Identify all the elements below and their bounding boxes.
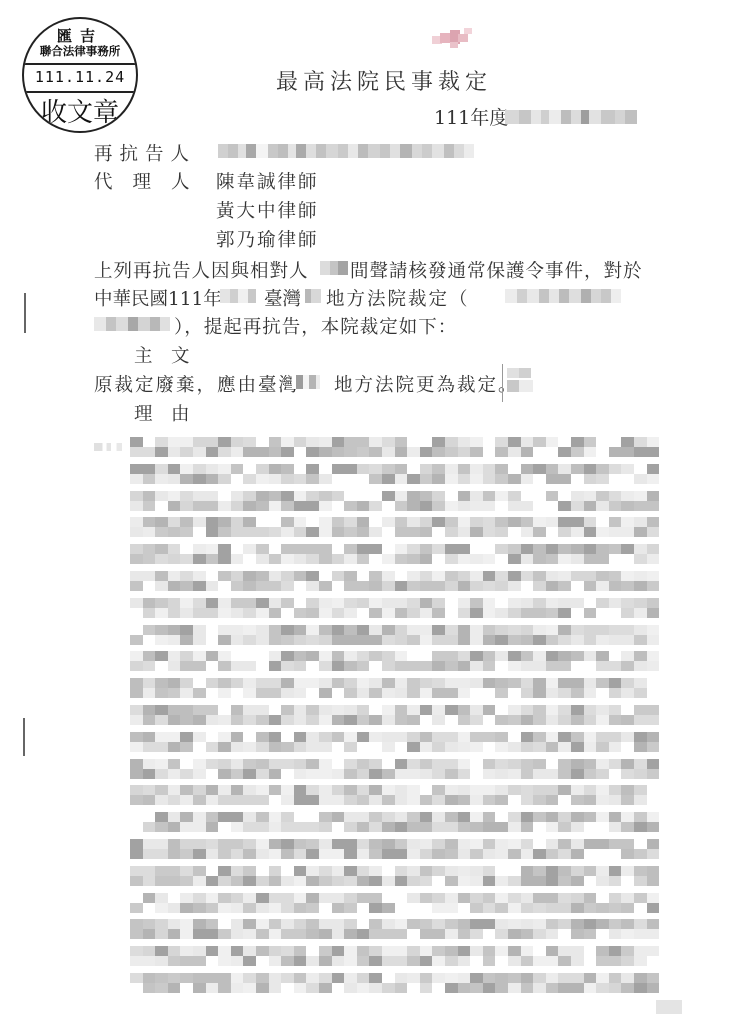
case-number: 111年度 (434, 103, 508, 130)
stamp-received-label: 收文章 (24, 92, 136, 129)
redacted-text-line (130, 973, 660, 993)
preamble-line-3: ），提起再抗告，本院裁定如下： (174, 313, 457, 339)
agent-1: 陳韋誠律師 (216, 168, 319, 194)
preamble-line-2-b: 臺灣 (264, 285, 301, 311)
case-number-prefix: 111年度 (434, 107, 508, 129)
redacted-ruling-ref (505, 289, 621, 303)
main-text-content-b: 地方法院更為裁定。 (334, 371, 519, 397)
redacted-court-city-2 (292, 375, 320, 389)
redacted-text-line (130, 598, 660, 618)
preamble-line-1-a: 上列再抗告人因與相對人 (94, 257, 309, 283)
document-title: 最高法院民事裁定 (276, 65, 492, 96)
redacted-text-line (130, 544, 660, 564)
redacted-seal (432, 28, 477, 50)
main-text-heading: 主 文 (134, 342, 190, 368)
stamp-divider (24, 63, 136, 65)
agent-label: 代理人 (94, 168, 210, 194)
redacted-court-city (305, 289, 321, 303)
redacted-page-number (656, 1000, 682, 1014)
binding-mark (24, 293, 26, 333)
stamp-date: 111.11.24 (24, 68, 136, 86)
redacted-text-line (130, 651, 660, 671)
redacted-text-line (130, 437, 660, 457)
redacted-ruling-ref-cont (94, 317, 170, 331)
redacted-text-line (130, 893, 660, 913)
redacted-seal-small (502, 364, 549, 402)
received-stamp: 匯吉 聯合法律事務所 111.11.24 收文章 (22, 17, 138, 133)
preamble-line-2-a: 中華民國111年 (94, 285, 222, 311)
appellant-label: 再抗告人 (94, 140, 196, 166)
redacted-text-line (130, 785, 660, 805)
redacted-text-line (130, 919, 660, 939)
redacted-appellant (218, 144, 474, 158)
redacted-date (220, 289, 256, 303)
preamble-line-2-c: 地方法院裁定（ (326, 285, 470, 311)
redacted-text-line (130, 491, 660, 511)
main-text-content-a: 原裁定廢棄，應由臺灣 (94, 371, 299, 397)
binding-mark (23, 718, 25, 756)
redacted-text-line (130, 678, 660, 698)
redacted-text-line (130, 571, 660, 591)
redacted-case-number (505, 110, 637, 124)
redacted-text-line (130, 866, 660, 886)
redacted-text-line (130, 464, 660, 484)
redacted-text-line (130, 946, 660, 966)
redacted-text-line (130, 839, 660, 859)
agent-2: 黃大中律師 (216, 197, 319, 223)
agent-3: 郭乃瑜律師 (216, 226, 319, 252)
redacted-text-line (130, 759, 660, 779)
redacted-text-line (130, 625, 660, 645)
redacted-text-line (130, 732, 660, 752)
preamble-line-1-b: 間聲請核發通常保護令事件，對於 (350, 257, 643, 283)
redacted-respondent (320, 261, 348, 275)
redacted-text-line (130, 812, 660, 832)
redacted-text-line (130, 705, 660, 725)
stamp-firm-name: 聯合法律事務所 (24, 43, 136, 59)
reasons-heading: 理 由 (134, 400, 190, 426)
redacted-text-line (130, 517, 660, 537)
